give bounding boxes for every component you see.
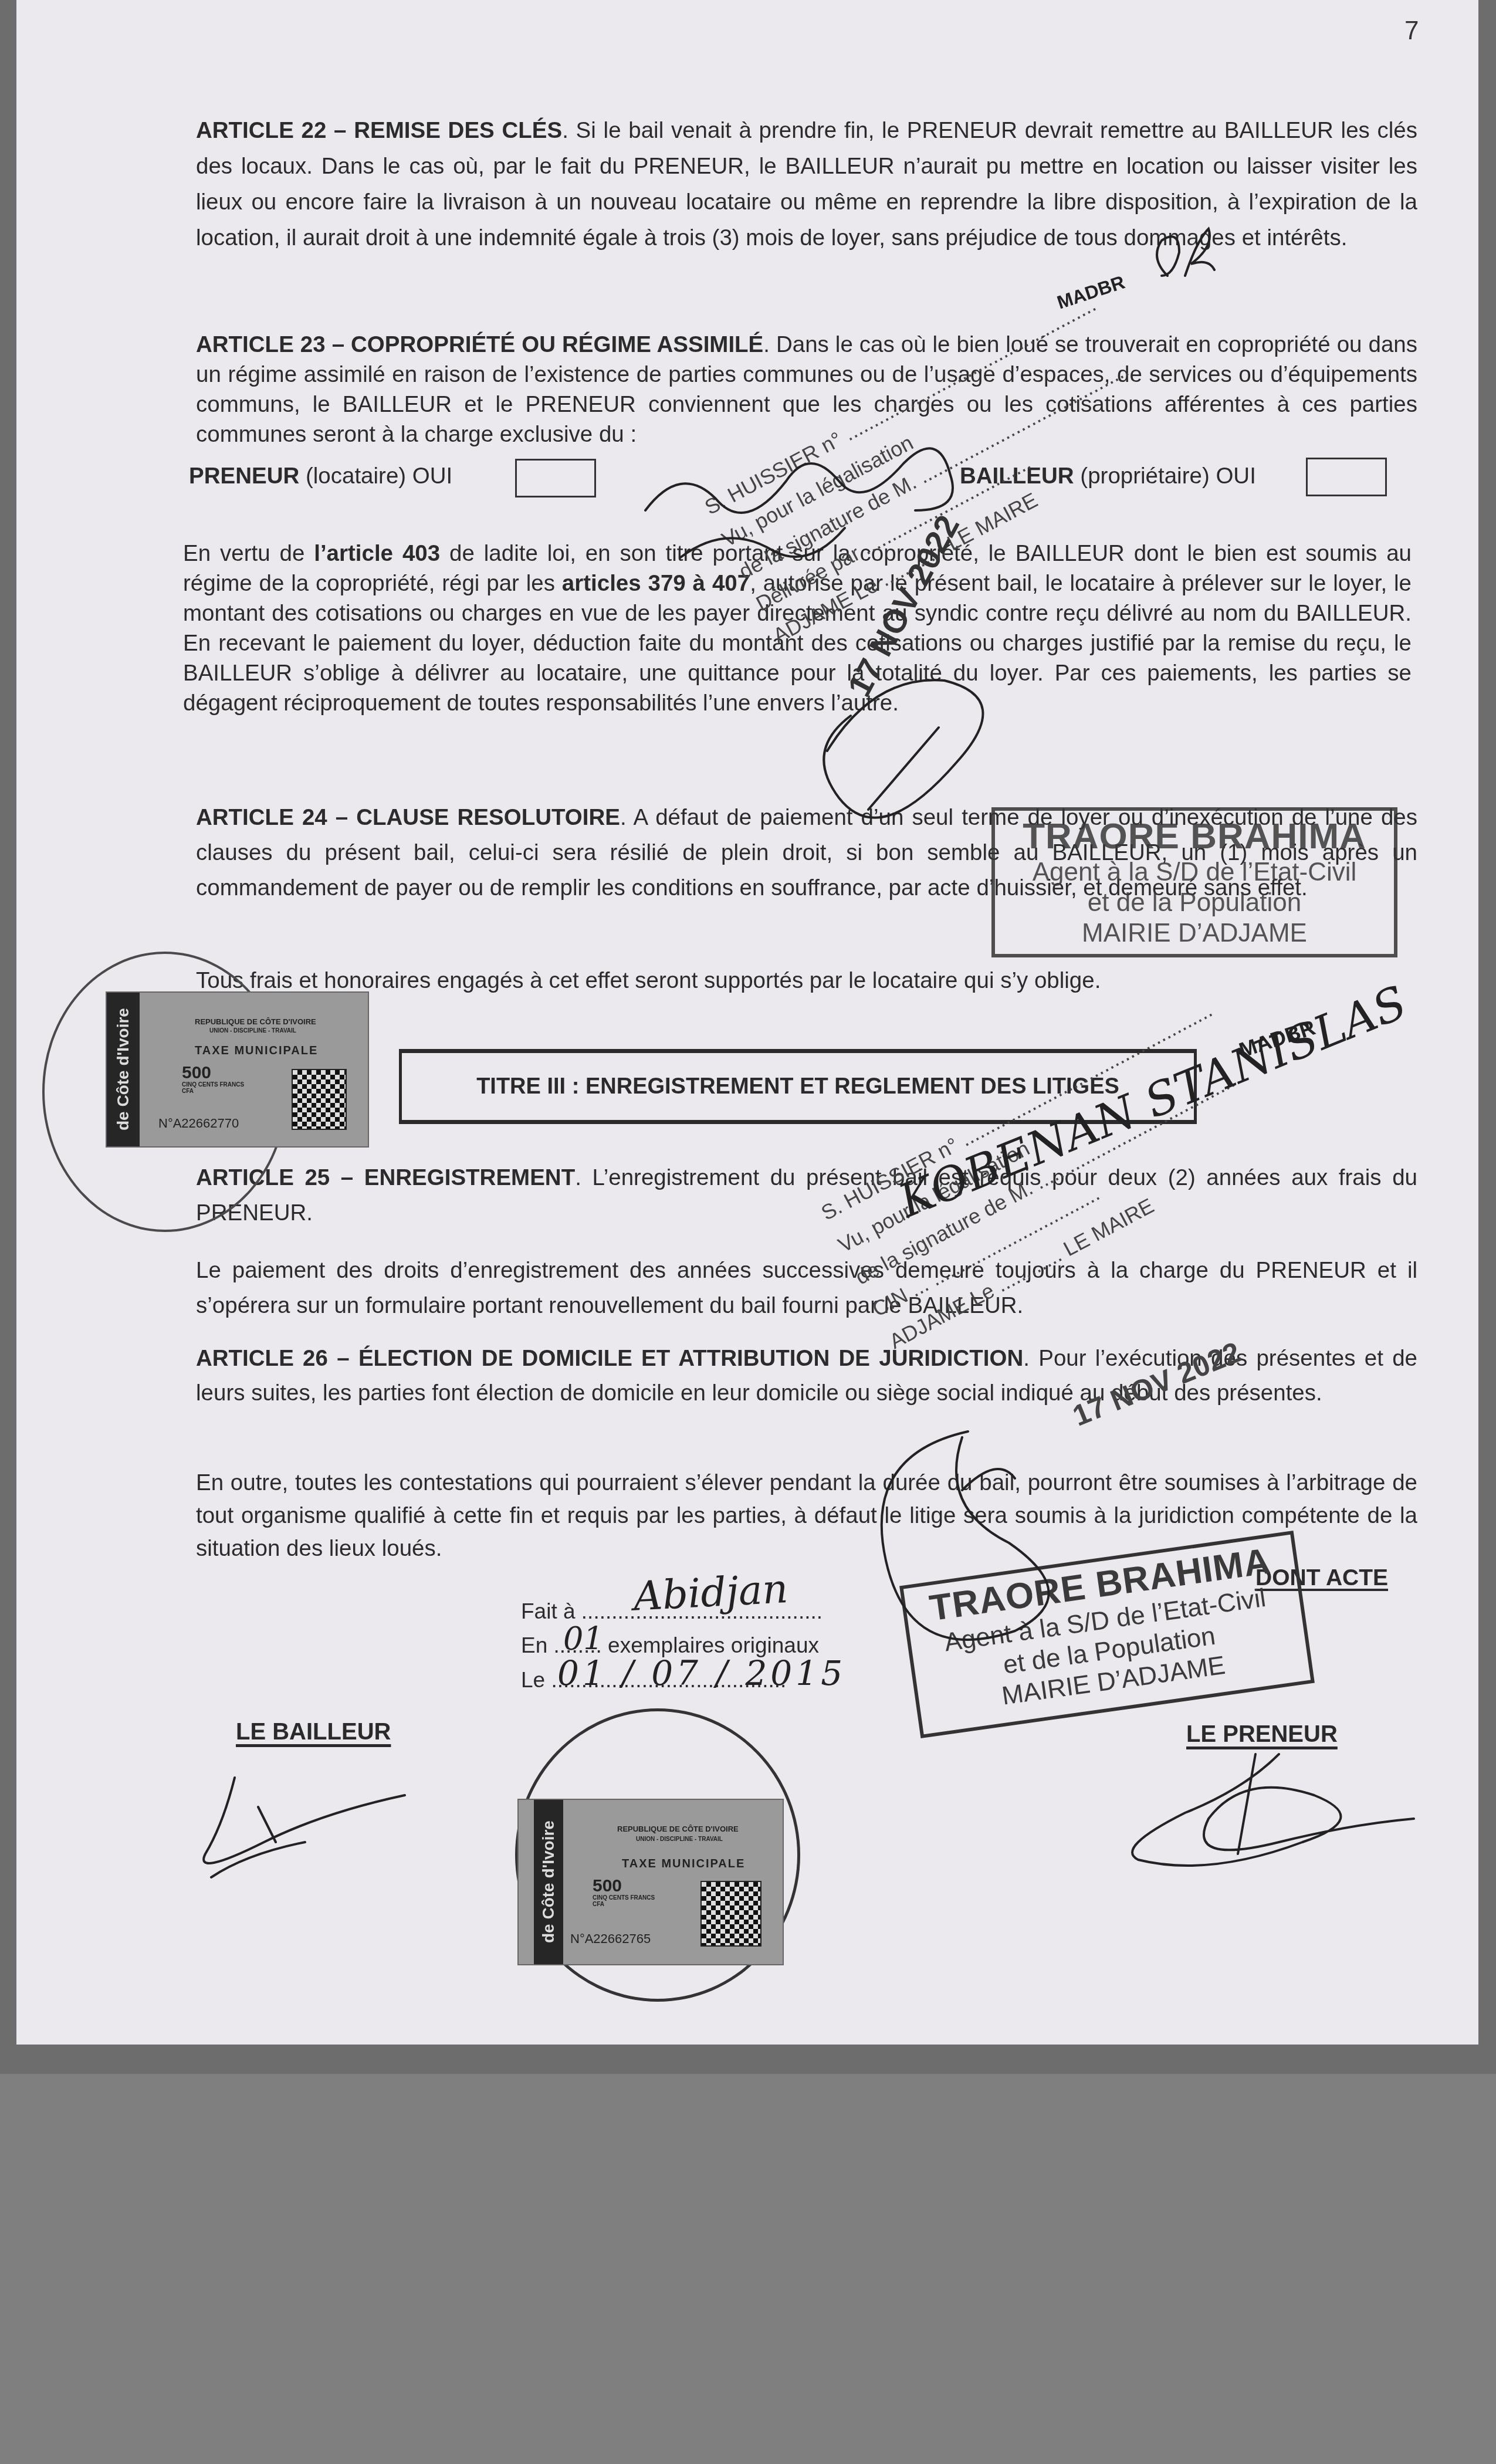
copies-handwritten[interactable]: 01 bbox=[563, 1620, 604, 1657]
date-handwritten[interactable]: 01 / 07 / 2015 bbox=[557, 1653, 846, 1693]
bailleur-oui-checkbox[interactable] bbox=[1306, 458, 1387, 496]
fiscal-qr-code bbox=[292, 1069, 347, 1130]
article-24-heading: ARTICLE 24 – CLAUSE RESOLUTOIRE bbox=[196, 805, 620, 830]
article-22-heading: ARTICLE 22 – REMISE DES CLÉS bbox=[196, 118, 562, 143]
option-preneur-label: PRENEUR bbox=[189, 463, 299, 489]
le-label: Le bbox=[521, 1668, 551, 1692]
fiscal-stamp-1: de Côte d'Ivoire REPUBLIQUE DE CÔTE D'IV… bbox=[106, 991, 369, 1148]
text: En vertu de bbox=[183, 541, 314, 566]
fiscal-type: TAXE MUNICIPALE bbox=[195, 1044, 318, 1058]
option-preneur-text: (locataire) OUI bbox=[299, 463, 452, 489]
fiscal-value-words: CINQ CENTS FRANCS CFA bbox=[182, 1082, 246, 1095]
fiscal-stamp-2: de Côte d'Ivoire REPUBLIQUE DE CÔTE D'IV… bbox=[517, 1799, 784, 1965]
option-preneur: PRENEUR (locataire) OUI bbox=[189, 463, 452, 489]
preneur-signature-label: LE PRENEUR bbox=[1186, 1721, 1338, 1748]
fiscal-motto: UNION - DISCIPLINE - TRAVAIL bbox=[209, 1028, 296, 1034]
fiscal-value: 500 bbox=[593, 1876, 622, 1896]
fiscal-qr-code bbox=[700, 1881, 761, 1947]
fiscal-country: REPUBLIQUE DE CÔTE D'IVOIRE bbox=[617, 1825, 739, 1833]
preneur-oui-checkbox[interactable] bbox=[515, 459, 596, 497]
bailleur-signature-label: LE BAILLEUR bbox=[236, 1719, 391, 1745]
fiscal-stamp-band: de Côte d'Ivoire bbox=[534, 1800, 563, 1964]
fiscal-number: N°A22662765 bbox=[570, 1931, 651, 1947]
fiscal-motto: UNION - DISCIPLINE - TRAVAIL bbox=[636, 1836, 723, 1843]
fiscal-type: TAXE MUNICIPALE bbox=[622, 1857, 745, 1871]
fiscal-value-words: CINQ CENTS FRANCS CFA bbox=[593, 1895, 657, 1908]
articles-reference: articles 379 à 407 bbox=[562, 571, 750, 596]
article-reference: l’article 403 bbox=[314, 541, 440, 566]
fiscal-country: REPUBLIQUE DE CÔTE D'IVOIRE bbox=[195, 1017, 316, 1026]
fiscal-value: 500 bbox=[182, 1063, 211, 1083]
fait-a-handwritten[interactable]: Abidjan bbox=[632, 1566, 789, 1620]
fait-a-label: Fait à bbox=[521, 1599, 581, 1623]
fiscal-number: N°A22662770 bbox=[158, 1116, 239, 1131]
fiscal-stamp-band: de Côte d'Ivoire bbox=[107, 993, 140, 1146]
page-number: 7 bbox=[1404, 16, 1419, 46]
en-label: En bbox=[521, 1633, 554, 1657]
